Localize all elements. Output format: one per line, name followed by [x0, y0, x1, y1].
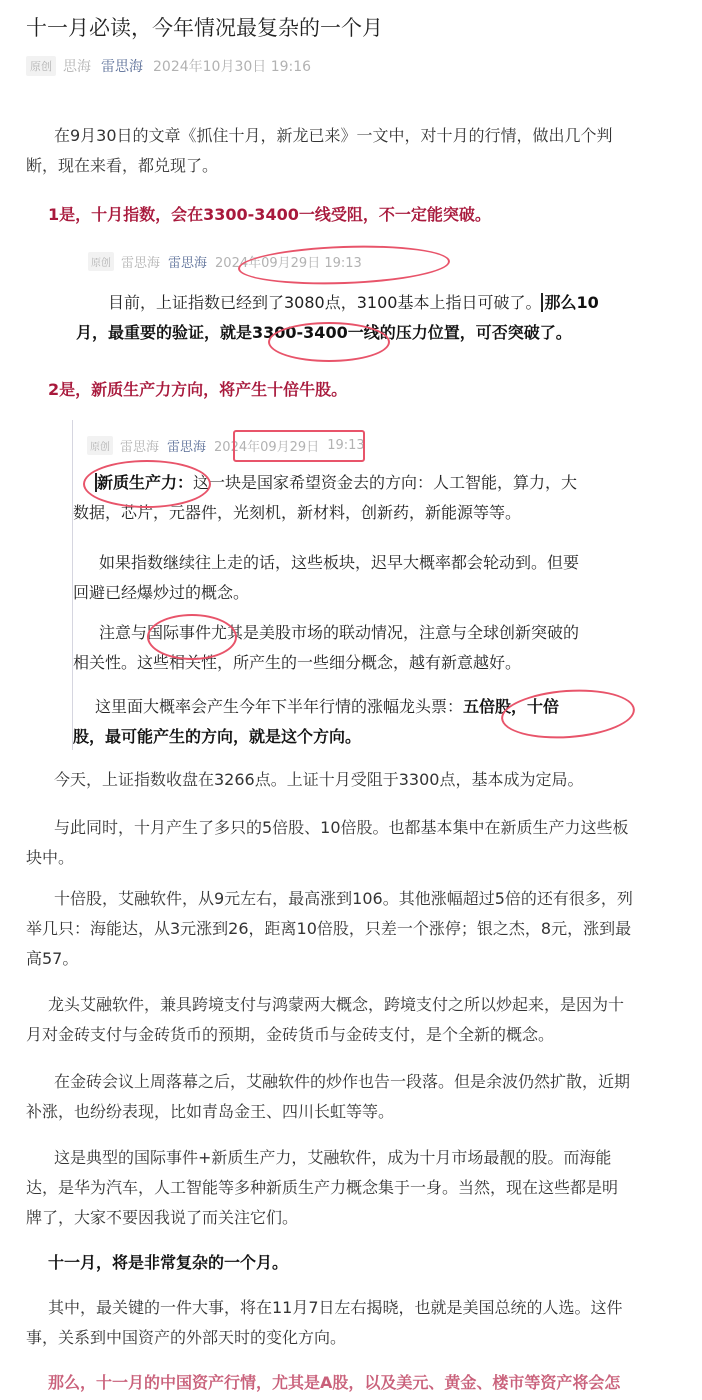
text-line: 断，现在来看，都兑现了。 [26, 156, 218, 175]
paragraph-typical: 这是典型的国际事件+新质生产力，艾融软件，成为十月市场最靓的股。而海能 达，是华… [26, 1143, 696, 1233]
text-line: 这里面大概率会产生今年下半年行情的涨幅龙头票： [95, 697, 463, 716]
paragraph-brics: 在金砖会议上周落幕之后，艾融软件的炒作也告一段落。但是余波仍然扩散，近期 补涨，… [26, 1067, 696, 1127]
embedded-screenshot-2: 原创 雷思海 雷思海 2024年09月29日 19:13 新质生产力：这一块是国… [72, 420, 663, 750]
original-badge: 原创 [88, 252, 114, 271]
paragraph-today: 今天，上证指数收盘在3266点。上证十月受阻于3300点，基本成为定局。 [26, 765, 696, 795]
author-name: 思海 [63, 56, 91, 76]
paragraph-stocks: 与此同时，十月产生了多只的5倍股、10倍股。也都基本集中在新质生产力这些板 块中… [26, 813, 696, 873]
author-name: 雷思海 [120, 436, 159, 455]
text-line: 块中。 [26, 848, 74, 867]
annotation-circle [237, 242, 450, 287]
paragraph-leader: 龙头艾融软件，兼具跨境支付与鸿蒙两大概念，跨境支付之所以炒起来，是因为十 月对金… [26, 990, 696, 1050]
account-name: 雷思海 [168, 252, 207, 271]
article-meta: 原创 思海 雷思海 2024年10月30日 19:16 [26, 56, 311, 76]
text-line: 举几只：海能达，从3元涨到26，距离10倍股，只差一个涨停；银之杰，8元，涨到最 [26, 919, 631, 938]
text-line: 补涨，也纷纷表现，比如青岛金王、四川长虹等等。 [26, 1102, 394, 1121]
point-1-heading: 1是，十月指数，会在3300-3400一线受阻，不一定能突破。 [48, 200, 702, 230]
original-badge: 原创 [87, 436, 113, 455]
account-link[interactable]: 雷思海 [101, 56, 143, 76]
point-2-heading: 2是，新质生产力方向，将产生十倍牛股。 [48, 375, 702, 405]
text-line: 回避已经爆炒过的概念。 [73, 578, 653, 608]
text-line: 达，是华为汽车，人工智能等多种新质生产力概念集于一身。当然，现在这些都是明 [26, 1178, 618, 1197]
embedded-screenshot-1: 原创 雷思海 雷思海 2024年09月29日 19:13 目前，上证指数已经到了… [78, 244, 638, 354]
text-line: 今天，上证指数收盘在3266点。上证十月受阻于3300点，基本成为定局。 [54, 770, 583, 789]
text-line: 在9月30日的文章《抓住十月，新龙已来》一文中，对十月的行情，做出几个判 [54, 126, 613, 145]
text-line: 与此同时，十月产生了多只的5倍股、10倍股。也都基本集中在新质生产力这些板 [54, 818, 629, 837]
text-line: 这一块是国家希望资金去的方向：人工智能，算力，大 [193, 473, 577, 492]
text-line: 其中，最关键的一件大事，将在11月7日左右揭晓，也就是美国总统的人选。这件 [48, 1298, 623, 1317]
article-title: 十一月必读，今年情况最复杂的一个月 [26, 12, 383, 42]
paragraph-key-event: 其中，最关键的一件大事，将在11月7日左右揭晓，也就是美国总统的人选。这件 事，… [26, 1293, 696, 1353]
paragraph-tenbagger: 十倍股，艾融软件，从9元左右，最高涨到106。其他涨幅超过5倍的还有很多，列 举… [26, 884, 696, 974]
closing-question: 那么，十一月的中国资产行情，尤其是A股，以及美元、黄金、楼市等资产将会怎 [48, 1368, 702, 1398]
publish-date: 2024年10月30日 19:16 [153, 56, 311, 76]
annotation-circle [268, 322, 390, 362]
embedded-paragraph-2: 如果指数继续往上走的话，这些板块，迟早大概率都会轮动到。但要 回避已经爆炒过的概… [73, 548, 653, 608]
text-line: 牌了，大家不要因我说了而关注它们。 [26, 1208, 298, 1227]
text-line: 龙头艾融软件，兼具跨境支付与鸿蒙两大概念，跨境支付之所以炒起来，是因为十 [48, 995, 624, 1014]
annotation-circle [147, 614, 237, 660]
text-line: 月对金砖支付与金砖货币的预期，金砖货币与金砖支付，是个全新的概念。 [26, 1025, 554, 1044]
account-name: 雷思海 [167, 436, 206, 455]
text-line: 如果指数继续往上走的话，这些板块，迟早大概率都会轮动到。但要 [99, 553, 579, 572]
november-heading: 十一月，将是非常复杂的一个月。 [48, 1248, 702, 1278]
paragraph-intro: 在9月30日的文章《抓住十月，新龙已来》一文中，对十月的行情，做出几个判 断，现… [26, 121, 696, 181]
bold-text: 那么10 [541, 293, 598, 312]
annotation-box [233, 430, 365, 462]
annotation-circle [83, 460, 211, 508]
author-name: 雷思海 [121, 252, 160, 271]
text-line: 目前，上证指数已经到了3080点，3100基本上指日可破了。 [108, 293, 541, 312]
text-line: 十倍股，艾融软件，从9元左右，最高涨到106。其他涨幅超过5倍的还有很多，列 [54, 889, 633, 908]
text-line: 事，关系到中国资产的外部天时的变化方向。 [26, 1328, 346, 1347]
text-line: 这是典型的国际事件+新质生产力，艾融软件，成为十月市场最靓的股。而海能 [54, 1148, 611, 1167]
original-badge: 原创 [26, 56, 56, 76]
text-line: 在金砖会议上周落幕之后，艾融软件的炒作也告一段落。但是余波仍然扩散，近期 [54, 1072, 630, 1091]
text-line: 高57。 [26, 949, 78, 968]
